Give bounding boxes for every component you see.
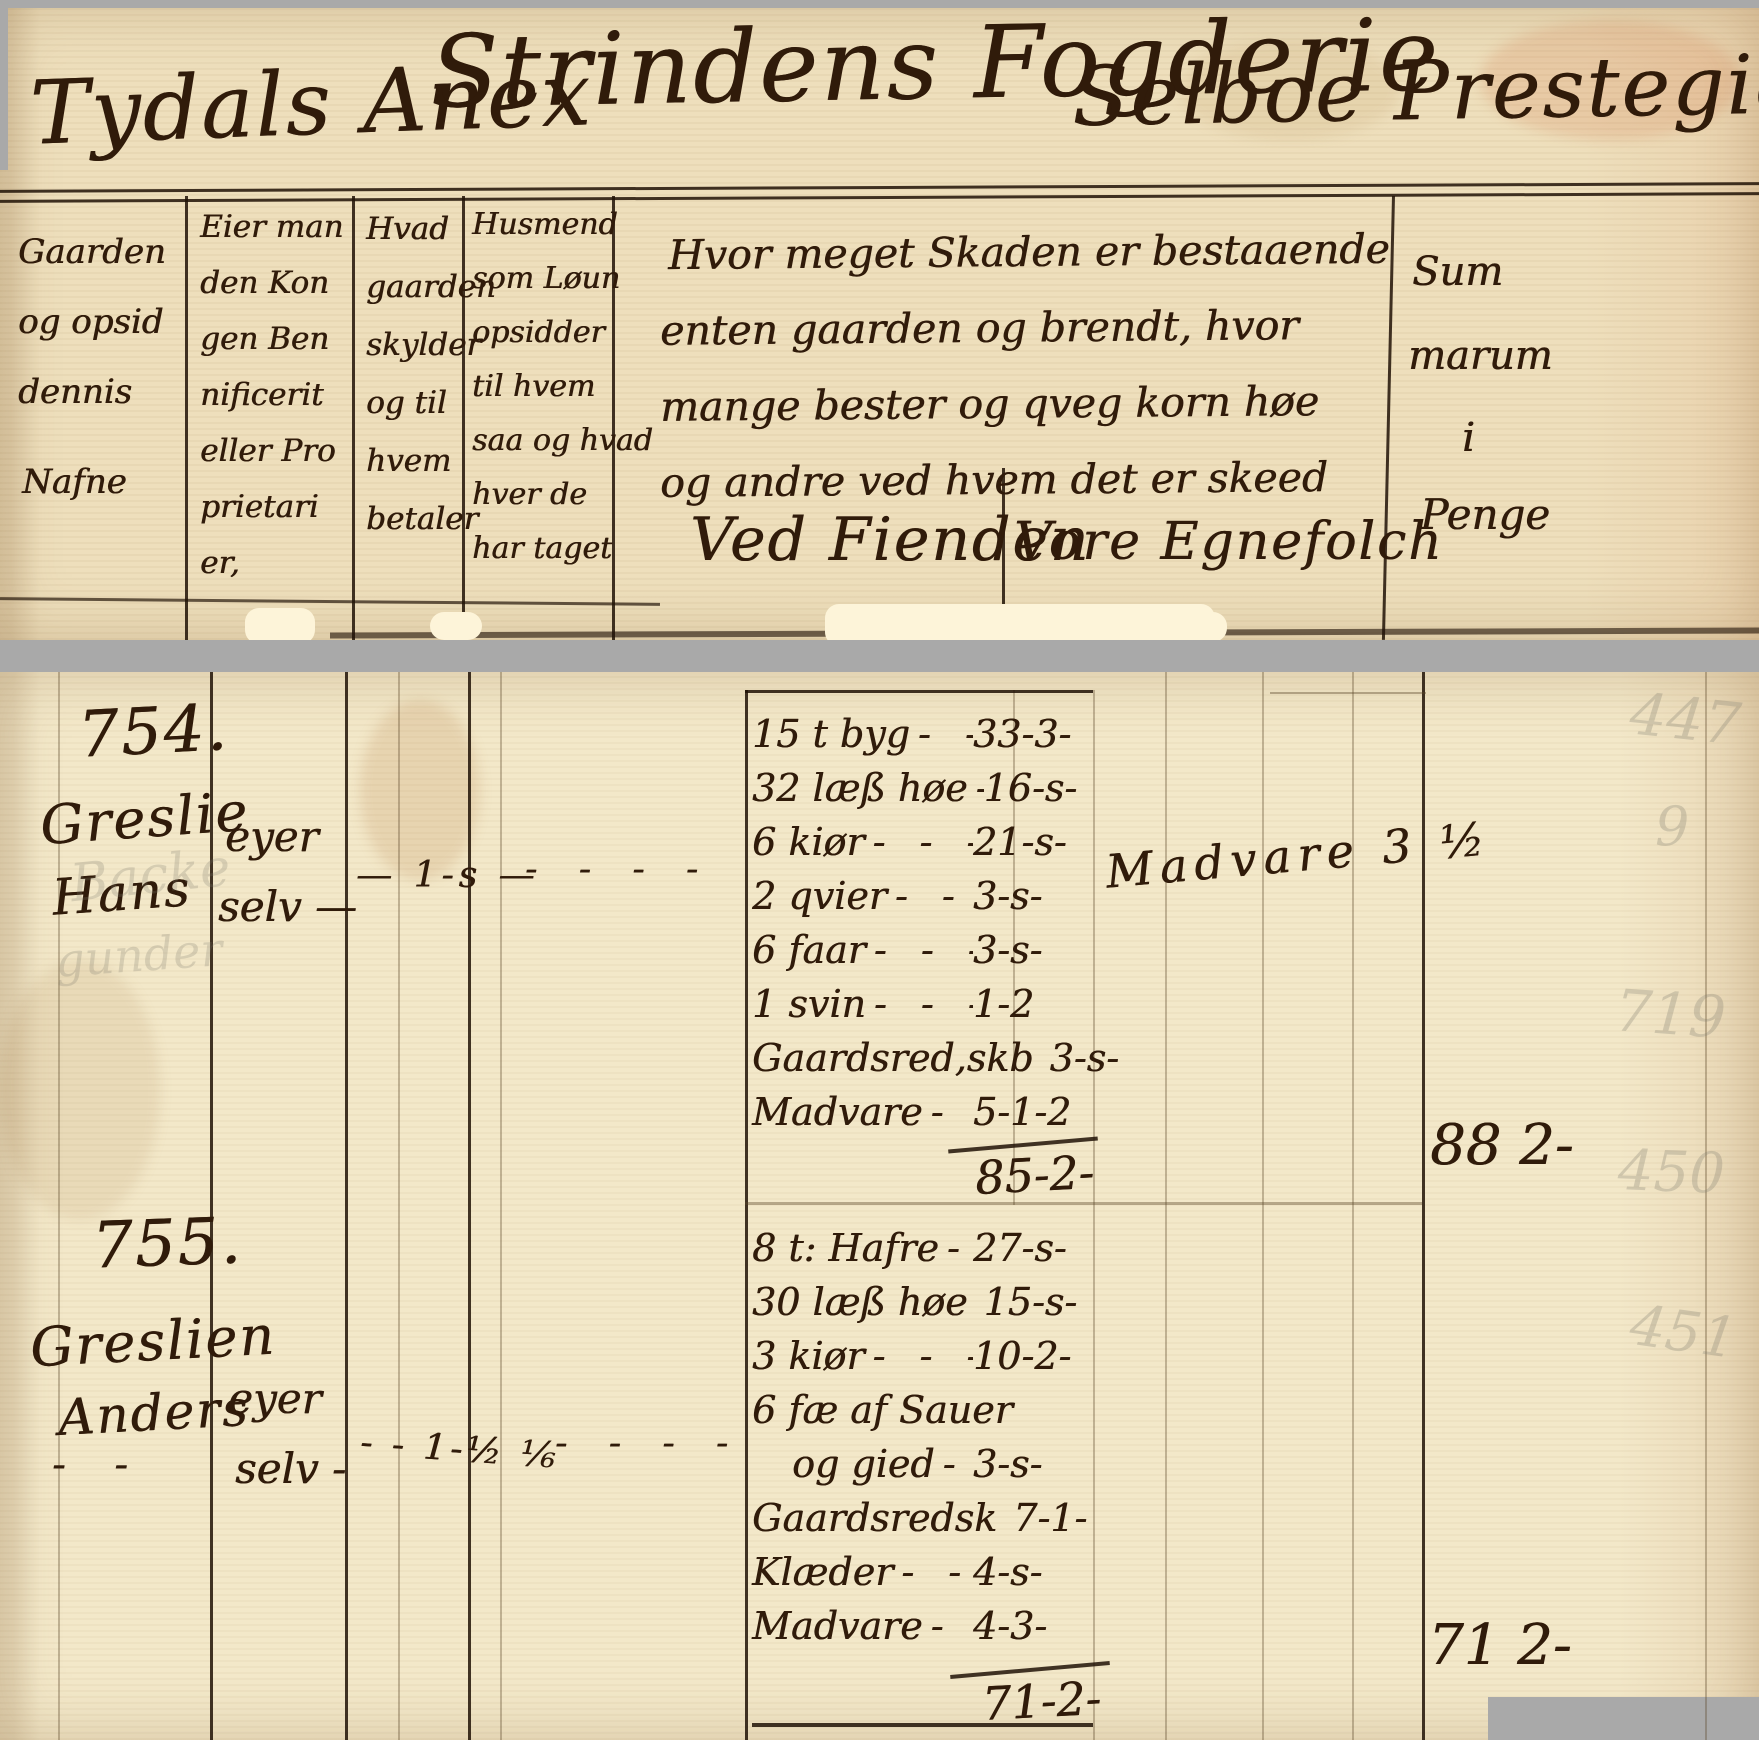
column-header-damage-line: Hvor meget Skaden er bestaaende xyxy=(668,229,1390,276)
item-label: 1 svin xyxy=(752,982,866,1026)
header-column-line xyxy=(462,196,465,640)
column-header-sum-line: Penge xyxy=(1420,494,1550,536)
scan-band xyxy=(0,640,1759,672)
item-value: 3-s- xyxy=(1050,1036,1119,1080)
column-header-skyld-line: hvem xyxy=(366,446,451,477)
scan-patch xyxy=(245,608,315,644)
husmend-dashes: - - - - xyxy=(555,1426,743,1462)
item-leader-dashes: - - - xyxy=(864,820,973,864)
scan-band xyxy=(0,0,8,170)
bleed-through-mark: 450 xyxy=(1617,1143,1726,1203)
item-leader-dashes: - - - - xyxy=(887,874,973,918)
damage-item-row: 6 faar - - - - 3-s- xyxy=(752,928,1093,982)
item-value: 1-2 xyxy=(973,982,1093,1026)
item-leader-dashes: - - - xyxy=(893,1550,973,1594)
item-leader-dashes: - - - - xyxy=(910,712,973,756)
page-title-part-3: Selboe Prestegield xyxy=(1071,43,1759,139)
item-value: 33-3- xyxy=(973,712,1093,756)
column-header-husmend-line: saa og hvad xyxy=(472,426,653,456)
entry-number: 755. xyxy=(91,1209,244,1278)
damage-item-list: 15 t byg - - - - 33-3- 32 læß høe - - 16… xyxy=(752,712,1093,1144)
farm-name: Greslien xyxy=(29,1309,277,1376)
skyld-value: — 1-s — xyxy=(356,858,539,894)
item-value: 21-s- xyxy=(973,820,1093,864)
item-label: 6 fæ af Sauer xyxy=(752,1388,1013,1432)
owner-note-line: eyer xyxy=(228,1378,322,1420)
item-value: 3-s- xyxy=(973,874,1093,918)
bleed-through-mark: gunder xyxy=(54,926,224,984)
body-column-line xyxy=(745,690,748,1740)
column-header-sum-line: Sum xyxy=(1412,252,1503,292)
body-column-line xyxy=(345,672,348,1740)
column-header-owner-line: gen Ben xyxy=(200,324,329,355)
body-top-rule xyxy=(745,690,1093,693)
column-header-farm-line: dennis xyxy=(18,375,132,409)
ink-stain xyxy=(360,700,480,880)
item-label: 8 t: Hafre xyxy=(752,1226,939,1270)
column-header-damage-line: og andre ved hvem det er skeed xyxy=(660,457,1328,504)
item-value: 3-s- xyxy=(973,928,1093,972)
item-label: Gaardsred,skb xyxy=(752,1036,1034,1080)
item-value: 27-s- xyxy=(973,1226,1093,1270)
damage-item-row: og gied - - - 3-s- xyxy=(752,1442,1093,1496)
damage-item-row: 8 t: Hafre - 27-s- xyxy=(752,1226,1093,1280)
damage-item-row: 32 læß høe - - 16-s- xyxy=(752,766,1093,820)
item-value: 16-s- xyxy=(984,766,1093,810)
column-header-sum-line: marum xyxy=(1408,336,1553,376)
damage-item-row: 2 qvier - - - - 3-s- xyxy=(752,874,1093,928)
item-label: 6 kiør xyxy=(752,820,864,864)
item-leader-dashes: - - xyxy=(923,1090,973,1134)
bleed-through-mark: Backe xyxy=(68,842,233,911)
damage-item-row: Gaardsred,skb 3-s- xyxy=(752,1036,1093,1090)
damage-item-row: 3 kiør - - - 10-2- xyxy=(752,1334,1093,1388)
bleed-through-mark: 451 xyxy=(1627,1298,1741,1368)
column-header-owner-line: den Kon xyxy=(200,268,329,299)
item-leader-dashes: - - - xyxy=(864,1334,973,1378)
manuscript-page: Tydals Anex Strindens Fogderie Selboe Pr… xyxy=(0,0,1759,1740)
item-value: 10-2- xyxy=(973,1334,1093,1378)
header-column-line xyxy=(352,196,355,640)
column-header-sum-line: i xyxy=(1462,418,1475,458)
column-header-husmend-line: Husmend xyxy=(472,210,618,240)
damage-item-row: Gaardsredsk 7-1- xyxy=(752,1496,1093,1550)
scan-patch xyxy=(430,612,482,640)
item-label: og gied xyxy=(792,1442,935,1486)
subcolumn-header-own-folk: Vore Egnefolch xyxy=(1014,516,1444,568)
damage-item-list: 8 t: Hafre - 27-s- 30 læß høe 15-s- 3 ki… xyxy=(752,1226,1093,1658)
item-leader-dashes: - - xyxy=(923,1604,973,1648)
damage-item-row: Madvare - - 5-1-2 xyxy=(752,1090,1093,1144)
husmend-dashes: - - - - xyxy=(525,852,713,888)
item-value: 4-s- xyxy=(973,1550,1093,1594)
item-value: 15-s- xyxy=(984,1280,1093,1324)
item-value: 4-3- xyxy=(973,1604,1093,1648)
column-header-husmend-line: som Løun xyxy=(472,264,620,294)
column-header-husmend-line: har taget xyxy=(472,534,612,564)
bleed-through-mark: 719 xyxy=(1613,981,1727,1047)
owner-note-line: eyer xyxy=(225,816,319,858)
column-header-husmend-line: til hvem xyxy=(472,372,595,402)
owner-note-line: selv - xyxy=(235,1448,346,1490)
damage-item-row: 6 fæ af Sauer xyxy=(752,1388,1093,1442)
column-header-owner-line: eller Pro xyxy=(200,436,336,467)
margin-dashes: - - xyxy=(52,1445,146,1485)
header-column-line xyxy=(185,196,188,640)
column-header-farm-line: Nafne xyxy=(22,465,127,499)
bleed-through-mark: 9 xyxy=(1655,800,1689,854)
ink-stain xyxy=(0,960,160,1220)
body-column-line xyxy=(398,672,400,1740)
damage-item-row: 15 t byg - - - - 33-3- xyxy=(752,712,1093,766)
damage-item-row: Madvare - - 4-3- xyxy=(752,1604,1093,1658)
item-label: 6 faar xyxy=(752,928,866,972)
column-header-skyld-line: Hvad xyxy=(366,214,449,245)
item-label: Madvare xyxy=(752,1604,923,1648)
item-label: 32 læß høe xyxy=(752,766,968,810)
item-label: 3 kiør xyxy=(752,1334,864,1378)
column-header-husmend-line: opsidder xyxy=(472,318,605,348)
column-header-damage-line: enten gaarden og brendt, hvor xyxy=(660,305,1299,352)
item-label: 15 t byg xyxy=(752,712,910,756)
item-value: 3-s- xyxy=(973,1442,1093,1486)
column-header-skyld-line: skylder xyxy=(366,330,481,361)
item-label: Gaardsredsk xyxy=(752,1496,997,1540)
item-label: 30 læß høe xyxy=(752,1280,968,1324)
sum-money-value: 71 2- xyxy=(1428,1618,1572,1674)
owner-note-line: selv — xyxy=(218,886,357,928)
column-header-owner-line: nificerit xyxy=(200,380,323,411)
column-header-skyld-line: og til xyxy=(366,388,447,419)
item-label: 2 qvier xyxy=(752,874,887,918)
damage-item-row: 30 læß høe 15-s- xyxy=(752,1280,1093,1334)
damage-item-row: 1 svin - - - - - 1-2 xyxy=(752,982,1093,1036)
damage-item-row: 6 kiør - - - 21-s- xyxy=(752,820,1093,874)
column-header-farm-line: Gaarden xyxy=(18,235,166,269)
item-value: 5-1-2 xyxy=(973,1090,1093,1134)
item-label: Klæder xyxy=(752,1550,893,1594)
body-column-line xyxy=(468,672,471,1740)
column-header-damage-line: mange bester og qveg korn høe xyxy=(660,381,1319,428)
holder-name: Anders xyxy=(57,1383,251,1443)
entry-number: 754. xyxy=(76,696,230,768)
item-leader-dashes: - - - - xyxy=(866,928,973,972)
column-header-owner-line: er, xyxy=(200,548,240,579)
item-leader-dashes: - - xyxy=(968,766,984,810)
item-leader-dashes: - - - - - xyxy=(866,982,973,1026)
scan-patch xyxy=(1185,612,1227,642)
sum-money-value: 88 2- xyxy=(1430,1118,1574,1174)
scan-band xyxy=(1488,1697,1759,1740)
column-header-skyld-line: betaler xyxy=(366,504,478,535)
item-label: Madvare xyxy=(752,1090,923,1134)
column-header-owner-line: prietari xyxy=(200,492,319,523)
entry-total: 85-2- xyxy=(974,1149,1095,1201)
body-top-rule xyxy=(1270,692,1426,694)
item-leader-dashes: - - - xyxy=(935,1442,973,1486)
body-column-line xyxy=(1093,690,1095,1740)
damage-item-row: Klæder - - - 4-s- xyxy=(752,1550,1093,1604)
item-leader-dashes: - xyxy=(939,1226,973,1270)
entry-separator-rule xyxy=(745,1202,1422,1205)
body-column-line xyxy=(500,672,502,1740)
column-header-owner-line: Eier man xyxy=(200,212,343,243)
bleed-through-mark: 447 xyxy=(1627,684,1743,753)
entry-total: 71-2- xyxy=(981,1675,1102,1727)
body-column-line xyxy=(1165,672,1167,1740)
column-header-husmend-line: hver de xyxy=(472,480,587,510)
column-header-farm-line: og opsid xyxy=(18,305,163,339)
item-value: 7-1- xyxy=(1013,1496,1093,1540)
